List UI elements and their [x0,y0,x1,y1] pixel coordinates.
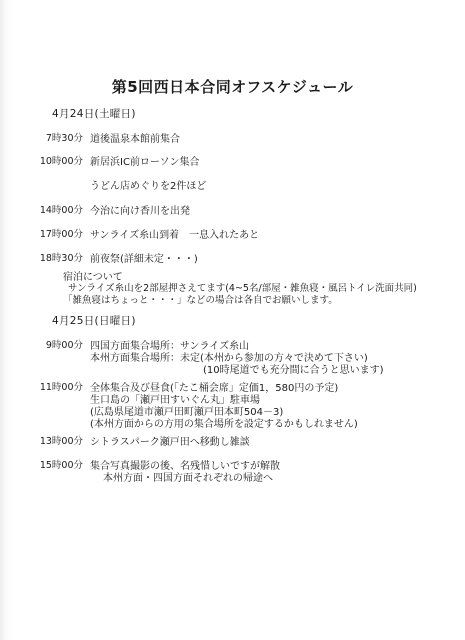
day2-item-1-line-3: (10時尾道でも充分間に合うと思います) [203,361,384,376]
day1-item-1: 道後温泉本館前集合 [90,130,180,145]
document-title: 第5回西日本合同オフスケジュール [0,76,465,97]
day1-time-6: 18時30分 [33,250,83,264]
day1-time-4: 14時00分 [33,202,83,216]
day2-time-2: 11時00分 [33,379,83,393]
day1-item-3: うどん店めぐりを2件ほど [90,177,206,192]
document-page: 第5回西日本合同オフスケジュール 4月24日(土曜日) 7時30分 道後温泉本館… [0,0,465,640]
day1-time-2: 10時00分 [33,153,83,167]
day2-item-3-line-1: シトラスパーク瀬戸田へ移動し雑談 [90,433,250,448]
day1-item-4: 今治に向け香川を出発 [90,202,190,217]
day1-item-2: 新居浜IC前ローソン集合 [90,153,200,168]
day1-item-5: サンライズ糸山到着 一息入れたあと [90,226,259,241]
day2-time-3: 13時00分 [33,433,83,447]
day1-time-5: 17時00分 [33,226,83,240]
day2-time-1: 9時00分 [33,337,83,351]
day1-date: 4月24日(土曜日) [52,106,136,121]
day2-time-4: 15時00分 [33,457,83,471]
day2-item-4-line-2: 本州方面・四国方面それぞれの帰途へ [103,469,273,484]
day1-time-1: 7時30分 [33,130,83,144]
lodging-line-2: 「雑魚寝はちょっと・・・」などの場合は各自でお願いします。 [63,292,338,306]
day2-item-2-line-4: (本州方面からの方用の集合場所を設定するかもしれません) [90,415,358,430]
day1-item-6: 前夜祭(詳細未定・・・) [90,250,198,265]
day2-date: 4月25日(日曜日) [52,313,136,328]
